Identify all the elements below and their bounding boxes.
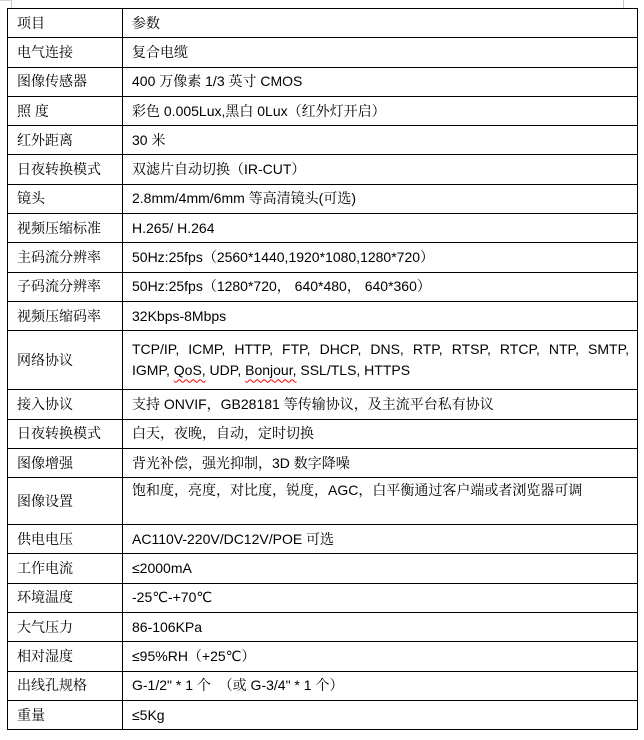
spec-param-value: 400 万像素 1/3 英寸 CMOS [132, 71, 629, 92]
spec-item-cell: 图像设置 [8, 478, 123, 525]
table-row: 日夜转换模式双滤片自动切换（IR-CUT） [8, 155, 638, 184]
table-header-row: 项目 参数 [8, 9, 638, 38]
table-row: 网络协议TCP/IP, ICMP, HTTP, FTP, DHCP, DNS, … [8, 331, 638, 390]
table-row: 大气压力86-106KPa [8, 613, 638, 642]
spec-param-value: 彩色 0.005Lux,黑白 0Lux（红外灯开启） [132, 101, 629, 122]
spec-param-value: 复合电缆 [132, 42, 629, 63]
spec-table: 项目 参数 电气连接复合电缆图像传感器400 万像素 1/3 英寸 CMOS照 … [7, 8, 638, 730]
spec-param-cell: 32Kbps-8Mbps [123, 301, 638, 330]
spec-item-cell: 环境温度 [8, 583, 123, 612]
table-row: 接入协议支持 ONVIF，GB28181 等传输协议，及主流平台私有协议 [8, 390, 638, 419]
spec-param-cell: 双滤片自动切换（IR-CUT） [123, 155, 638, 184]
spec-item-cell: 日夜转换模式 [8, 155, 123, 184]
spec-item-cell: 网络协议 [8, 331, 123, 390]
spec-table-body: 项目 参数 电气连接复合电缆图像传感器400 万像素 1/3 英寸 CMOS照 … [8, 9, 638, 730]
spec-param-cell: 400 万像素 1/3 英寸 CMOS [123, 67, 638, 96]
spec-param-cell: 50Hz:25fps（2560*1440,1920*1080,1280*720） [123, 243, 638, 272]
spec-item-label: 电气连接 [17, 42, 114, 63]
spec-item-cell: 视频压缩标准 [8, 214, 123, 243]
spellcheck-flagged-word: QoS, [174, 362, 206, 378]
spec-param-cell: -25℃-+70℃ [123, 583, 638, 612]
spec-item-cell: 视频压缩码率 [8, 301, 123, 330]
spec-item-cell: 红外距离 [8, 126, 123, 155]
spec-param-value: 86-106KPa [132, 617, 629, 638]
spec-param-value: AC110V-220V/DC12V/POE 可选 [132, 529, 629, 550]
spec-param-cell: ≤5Kg [123, 700, 638, 729]
spec-item-cell: 日夜转换模式 [8, 419, 123, 448]
spec-item-cell: 出线孔规格 [8, 671, 123, 700]
spec-item-label: 照 度 [17, 101, 114, 122]
spec-item-label: 子码流分辨率 [17, 276, 114, 297]
spec-item-cell: 图像增强 [8, 448, 123, 477]
spec-param-line: IGMP, QoS, UDP, Bonjour, SSL/TLS, HTTPS [132, 360, 629, 381]
spec-item-cell: 镜头 [8, 184, 123, 213]
spec-item-label: 视频压缩标准 [17, 218, 114, 239]
header-param-label: 参数 [132, 13, 629, 34]
table-row: 子码流分辨率50Hz:25fps（1280*720， 640*480， 640*… [8, 272, 638, 301]
spec-item-label: 工作电流 [17, 558, 114, 579]
spec-param-cell: 50Hz:25fps（1280*720， 640*480， 640*360） [123, 272, 638, 301]
spec-item-cell: 电气连接 [8, 38, 123, 67]
table-row: 视频压缩标准H.265/ H.264 [8, 214, 638, 243]
spec-item-label: 重量 [17, 705, 114, 726]
spec-item-label: 日夜转换模式 [17, 159, 114, 180]
document-page: { "colors": { "background": "#ffffff", "… [0, 0, 644, 740]
table-row: 工作电流≤2000mA [8, 554, 638, 583]
spec-item-label: 镜头 [17, 188, 114, 209]
spec-param-cell: TCP/IP, ICMP, HTTP, FTP, DHCP, DNS, RTP,… [123, 331, 638, 390]
spec-item-cell: 图像传感器 [8, 67, 123, 96]
spec-item-label: 图像传感器 [17, 71, 114, 92]
spec-item-label: 环境温度 [17, 587, 114, 608]
spec-param-cell: 复合电缆 [123, 38, 638, 67]
table-row: 照 度彩色 0.005Lux,黑白 0Lux（红外灯开启） [8, 96, 638, 125]
table-row: 重量≤5Kg [8, 700, 638, 729]
spec-param-value: 30 米 [132, 130, 629, 151]
spec-param-value: 双滤片自动切换（IR-CUT） [132, 159, 629, 180]
spec-item-cell: 工作电流 [8, 554, 123, 583]
spec-item-label: 网络协议 [17, 350, 114, 371]
spec-param-cell: 背光补偿，强光抑制，3D 数字降噪 [123, 448, 638, 477]
spec-item-cell: 重量 [8, 700, 123, 729]
spec-item-cell: 相对湿度 [8, 642, 123, 671]
table-row: 相对湿度≤95%RH（+25℃） [8, 642, 638, 671]
table-row: 图像设置饱和度，亮度，对比度，锐度，AGC，白平衡通过客户端或者浏览器可调 [8, 478, 638, 525]
spec-param-value: H.265/ H.264 [132, 218, 629, 239]
spec-item-cell: 接入协议 [8, 390, 123, 419]
table-row: 图像增强背光补偿，强光抑制，3D 数字降噪 [8, 448, 638, 477]
spec-item-label: 出线孔规格 [17, 675, 114, 696]
spec-param-cell: ≤2000mA [123, 554, 638, 583]
spec-item-cell: 主码流分辨率 [8, 243, 123, 272]
spec-param-cell: 86-106KPa [123, 613, 638, 642]
table-row: 出线孔规格G-1/2" * 1 个 （或 G-3/4" * 1 个） [8, 671, 638, 700]
spec-param-cell: 彩色 0.005Lux,黑白 0Lux（红外灯开启） [123, 96, 638, 125]
spec-param-value: ≤2000mA [132, 558, 629, 579]
spec-param-cell: 白天，夜晚，自动，定时切换 [123, 419, 638, 448]
spec-param-line: 饱和度，亮度，对比度，锐度，AGC，白平衡通过客户端或者浏览器可调 [132, 480, 629, 501]
spec-param-cell: 30 米 [123, 126, 638, 155]
spec-item-label: 接入协议 [17, 394, 114, 415]
spec-param-cell: ≤95%RH（+25℃） [123, 642, 638, 671]
spec-param-value: 50Hz:25fps（1280*720， 640*480， 640*360） [132, 276, 629, 297]
spec-param-cell: 2.8mm/4mm/6mm 等高清镜头(可选) [123, 184, 638, 213]
spec-item-label: 供电电压 [17, 529, 114, 550]
spec-item-cell: 照 度 [8, 96, 123, 125]
table-row: 日夜转换模式白天，夜晚，自动，定时切换 [8, 419, 638, 448]
spec-param-line: TCP/IP, ICMP, HTTP, FTP, DHCP, DNS, RTP,… [132, 339, 629, 360]
spec-item-label: 相对湿度 [17, 646, 114, 667]
spec-param-value: 支持 ONVIF，GB28181 等传输协议，及主流平台私有协议 [132, 394, 629, 415]
header-item-cell: 项目 [8, 9, 123, 38]
table-row: 主码流分辨率50Hz:25fps（2560*1440,1920*1080,128… [8, 243, 638, 272]
spec-item-label: 大气压力 [17, 617, 114, 638]
table-row: 环境温度-25℃-+70℃ [8, 583, 638, 612]
spec-item-label: 红外距离 [17, 130, 114, 151]
spec-param-value: ≤95%RH（+25℃） [132, 646, 629, 667]
spec-param-cell: 饱和度，亮度，对比度，锐度，AGC，白平衡通过客户端或者浏览器可调 [123, 478, 638, 525]
spec-param-value: 32Kbps-8Mbps [132, 306, 629, 327]
spec-param-cell: 支持 ONVIF，GB28181 等传输协议，及主流平台私有协议 [123, 390, 638, 419]
table-row: 镜头2.8mm/4mm/6mm 等高清镜头(可选) [8, 184, 638, 213]
table-row: 视频压缩码率32Kbps-8Mbps [8, 301, 638, 330]
spec-item-label: 图像设置 [17, 491, 114, 512]
table-row: 电气连接复合电缆 [8, 38, 638, 67]
table-row: 图像传感器400 万像素 1/3 英寸 CMOS [8, 67, 638, 96]
spec-param-cell: G-1/2" * 1 个 （或 G-3/4" * 1 个） [123, 671, 638, 700]
table-row: 红外距离30 米 [8, 126, 638, 155]
spec-param-cell: H.265/ H.264 [123, 214, 638, 243]
spec-item-cell: 子码流分辨率 [8, 272, 123, 301]
spec-param-value: -25℃-+70℃ [132, 587, 629, 608]
grid-tick-top-right [623, 0, 624, 8]
spec-item-label: 日夜转换模式 [17, 423, 114, 444]
spec-item-cell: 供电电压 [8, 525, 123, 554]
spec-item-label: 视频压缩码率 [17, 306, 114, 327]
spec-param-value: 2.8mm/4mm/6mm 等高清镜头(可选) [132, 188, 629, 209]
spec-param-value: 白天，夜晚，自动，定时切换 [132, 423, 629, 444]
spec-param-value: 背光补偿，强光抑制，3D 数字降噪 [132, 453, 629, 474]
spec-param-cell: AC110V-220V/DC12V/POE 可选 [123, 525, 638, 554]
grid-tick-top-left [11, 0, 12, 8]
table-row: 供电电压AC110V-220V/DC12V/POE 可选 [8, 525, 638, 554]
spec-param-value: ≤5Kg [132, 705, 629, 726]
spec-param-value: G-1/2" * 1 个 （或 G-3/4" * 1 个） [132, 675, 629, 696]
spec-param-line [132, 501, 629, 522]
spec-item-cell: 大气压力 [8, 613, 123, 642]
header-param-cell: 参数 [123, 9, 638, 38]
spellcheck-flagged-word: Bonjour, [245, 362, 296, 378]
spec-param-value: 50Hz:25fps（2560*1440,1920*1080,1280*720） [132, 247, 629, 268]
spec-item-label: 图像增强 [17, 453, 114, 474]
header-item-label: 项目 [17, 13, 114, 34]
spec-item-label: 主码流分辨率 [17, 247, 114, 268]
